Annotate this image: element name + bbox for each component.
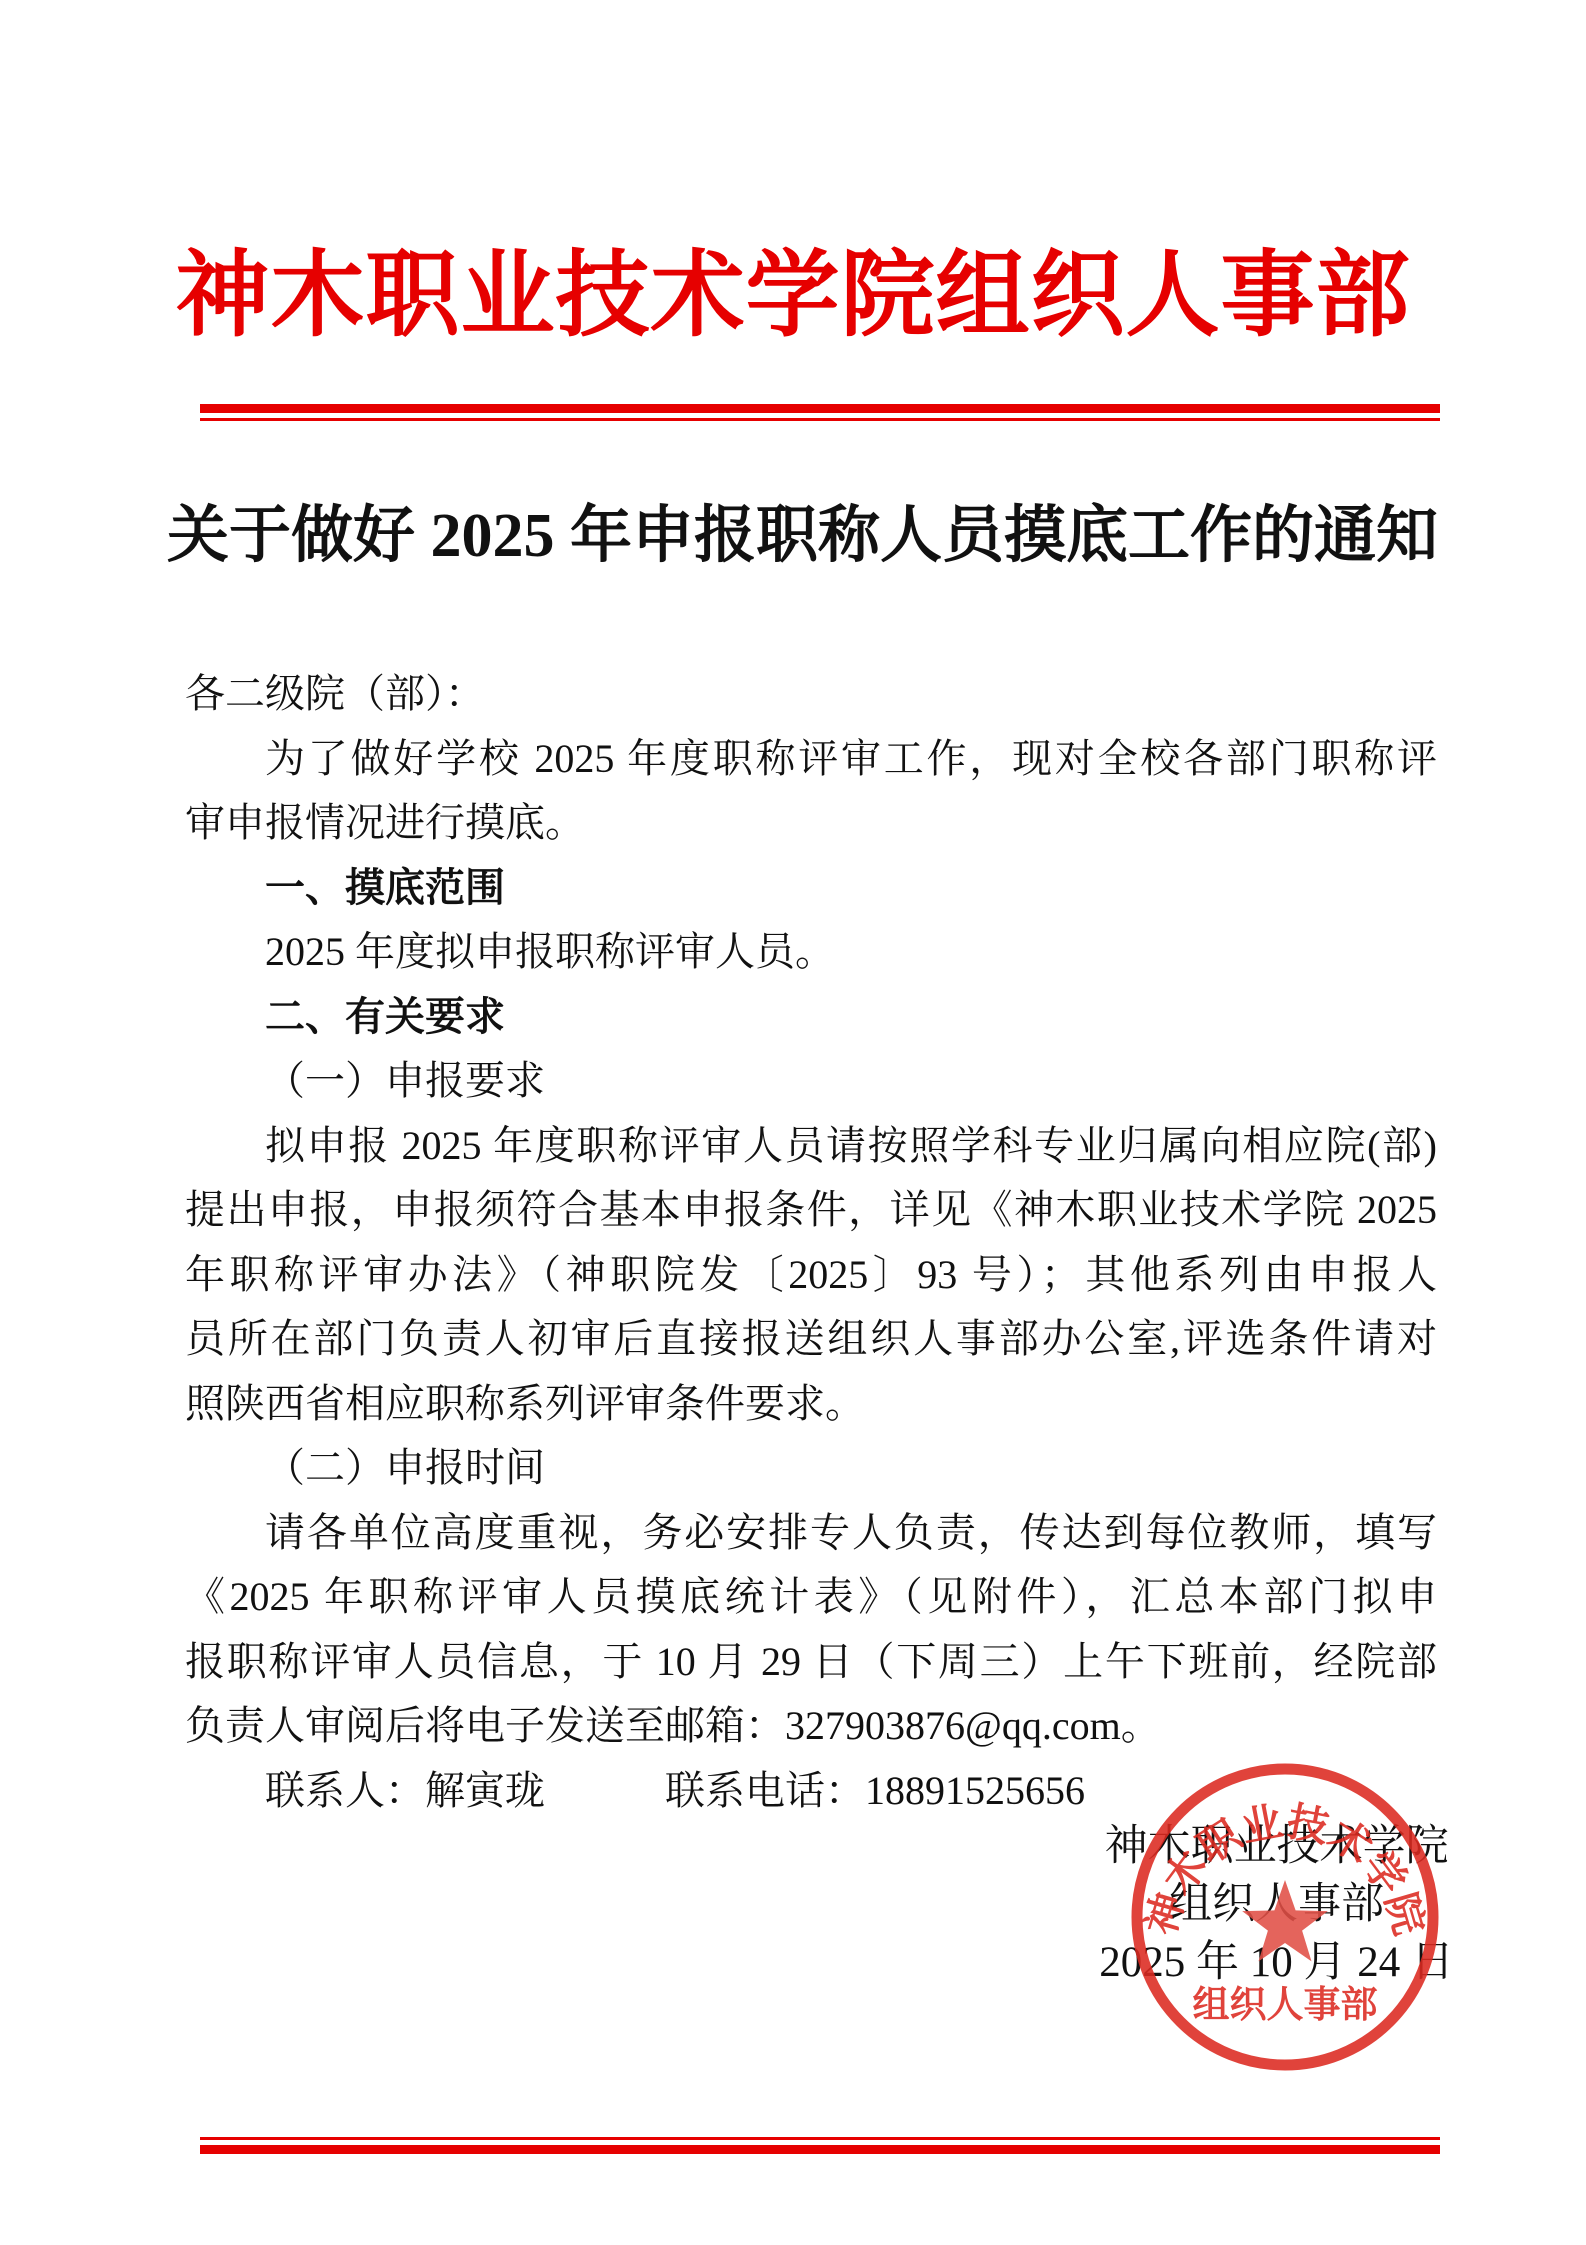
body-line: 报职称评审人员信息，于 10 月 29 日（下周三）上午下班前，经院部 (185, 1630, 1437, 1695)
body-line: 二、有关要求 (185, 985, 1437, 1050)
body-line: 各二级院（部）： (185, 662, 1437, 727)
signature-department: 组织人事部 (1099, 1876, 1454, 1934)
body-line: 审申报情况进行摸底。 (185, 791, 1437, 856)
letterhead-rule-thick (200, 404, 1440, 413)
document-body: 各二级院（部）：为了做好学校 2025 年度职称评审工作，现对全校各部门职称评审… (185, 662, 1437, 1823)
body-line: 联系人：解寅珑 联系电话：18891525656 (185, 1759, 1437, 1824)
body-line: （二）申报时间 (185, 1436, 1437, 1501)
signature-date: 2025 年 10 月 24 日 (1099, 1934, 1454, 1992)
letterhead-rule-thin (200, 418, 1440, 421)
document-title: 关于做好 2025 年申报职称人员摸底工作的通知 (167, 498, 1419, 576)
body-line: 负责人审阅后将电子发送至邮箱：327903876@qq.com。 (185, 1694, 1437, 1759)
body-line: 员所在部门负责人初审后直接报送组织人事部办公室,评选条件请对 (185, 1307, 1437, 1372)
letterhead-title: 神木职业技术学院组织人事部 (167, 238, 1419, 356)
body-line: 拟申报 2025 年度职称评审人员请按照学科专业归属向相应院(部) (185, 1114, 1437, 1179)
footer-rule-thick (200, 2145, 1440, 2154)
body-line: 一、摸底范围 (185, 856, 1437, 921)
body-line: 照陕西省相应职称系列评审条件要求。 (185, 1372, 1437, 1437)
footer-rule-thin (200, 2137, 1440, 2140)
body-line: 2025 年度拟申报职称评审人员。 (185, 920, 1437, 985)
document-page: 神木职业技术学院组织人事部 关于做好 2025 年申报职称人员摸底工作的通知 各… (0, 0, 1586, 2245)
body-line: 提出申报，申报须符合基本申报条件，详见《神木职业技术学院 2025 (185, 1178, 1437, 1243)
body-line: （一）申报要求 (185, 1049, 1437, 1114)
signature-org-name: 神木职业技术学院 (1099, 1818, 1454, 1876)
body-line: 请各单位高度重视，务必安排专人负责，传达到每位教师，填写 (185, 1501, 1437, 1566)
signature-block: 神木职业技术学院 组织人事部 2025 年 10 月 24 日 (1099, 1818, 1454, 1992)
body-line: 为了做好学校 2025 年度职称评审工作，现对全校各部门职称评 (185, 727, 1437, 792)
body-line: 年职称评审办法》（神职院发〔2025〕93 号）；其他系列由申报人 (185, 1243, 1437, 1308)
body-line: 《2025 年职称评审人员摸底统计表》（见附件），汇总本部门拟申 (185, 1565, 1437, 1630)
